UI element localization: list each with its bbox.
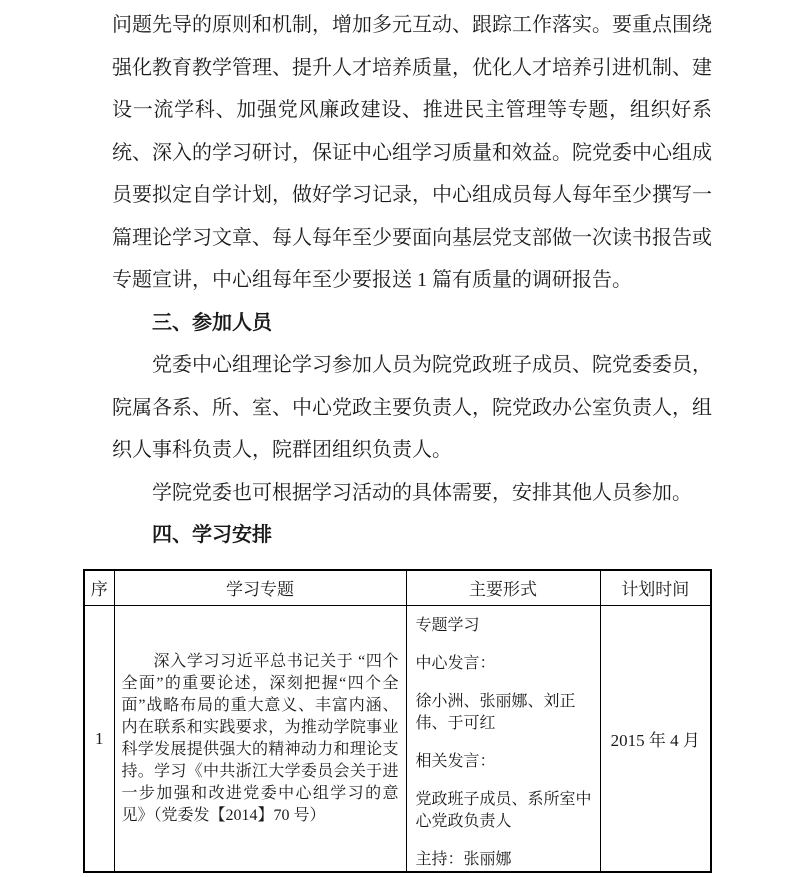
table-header-row: 序 学习专题 主要形式 计划时间 xyxy=(84,570,711,606)
cell-topic: 深入学习习近平总书记关于 “四个全面”的重要论述，深刻把握“四个全面”战略布局的… xyxy=(114,606,406,873)
schedule-table: 序 学习专题 主要形式 计划时间 1 深入学习习近平总书记关于 “四个全面”的重… xyxy=(83,569,712,874)
header-time: 计划时间 xyxy=(600,570,711,606)
section-heading-participants: 三、参加人员 xyxy=(112,302,712,345)
format-line-host: 主持：张丽娜 xyxy=(416,849,592,871)
format-line-central-speakers: 徐小洲、张丽娜、刘正伟、于可红 xyxy=(416,691,592,735)
cell-seq: 1 xyxy=(84,606,114,873)
topic-text: 深入学习习近平总书记关于 “四个全面”的重要论述，深刻把握“四个全面”战略布局的… xyxy=(122,651,399,827)
format-line-related-speaker-label: 相关发言： xyxy=(416,751,592,773)
cell-format: 专题学习 中心发言： 徐小洲、张丽娜、刘正伟、于可红 相关发言： 党政班子成员、… xyxy=(406,606,600,873)
section-heading-schedule: 四、学习安排 xyxy=(112,514,712,557)
document-page: 问题先导的原则和机制，增加多元互动、跟踪工作落实。要重点围绕强化教育教学管理、提… xyxy=(0,0,795,877)
document-body: 问题先导的原则和机制，增加多元互动、跟踪工作落实。要重点围绕强化教育教学管理、提… xyxy=(0,0,715,557)
header-format: 主要形式 xyxy=(406,570,600,606)
paragraph-continuation: 问题先导的原则和机制，增加多元互动、跟踪工作落实。要重点围绕强化教育教学管理、提… xyxy=(112,4,712,302)
paragraph-participants: 党委中心组理论学习参加人员为院党政班子成员、院党委委员，院属各系、所、室、中心党… xyxy=(112,344,712,472)
header-topic: 学习专题 xyxy=(114,570,406,606)
format-line-related-speakers: 党政班子成员、系所室中心党政负责人 xyxy=(416,789,592,833)
table-row: 1 深入学习习近平总书记关于 “四个全面”的重要论述，深刻把握“四个全面”战略布… xyxy=(84,606,711,873)
paragraph-note: 学院党委也可根据学习活动的具体需要，安排其他人员参加。 xyxy=(112,472,712,515)
header-seq: 序 xyxy=(84,570,114,606)
format-line-central-speaker-label: 中心发言： xyxy=(416,653,592,675)
format-line-study-type: 专题学习 xyxy=(416,615,592,637)
cell-planned-time: 2015 年 4 月 xyxy=(600,606,711,873)
